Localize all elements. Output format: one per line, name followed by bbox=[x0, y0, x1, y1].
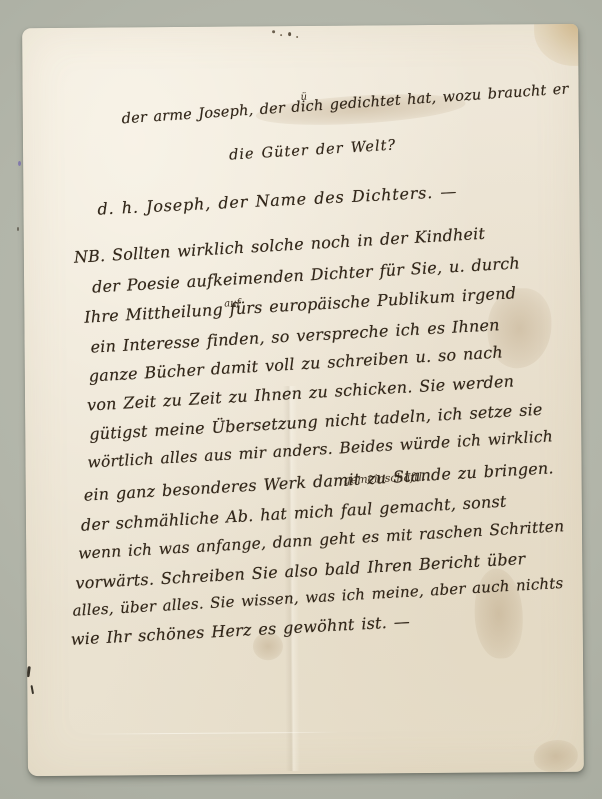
handwritten-line-header: die Güter der Welt? bbox=[229, 138, 397, 164]
top-edge-speck bbox=[296, 36, 298, 38]
surface-scratch bbox=[86, 732, 341, 735]
mat-speck-dark bbox=[17, 227, 19, 231]
top-edge-speck bbox=[280, 34, 282, 36]
manuscript-page: der arme Joseph, der dich gedichtet hat,… bbox=[22, 24, 584, 776]
photograph-background: der arme Joseph, der dich gedichtet hat,… bbox=[0, 0, 602, 799]
handwritten-line-title: d. h. Joseph, der Name des Dichters. — bbox=[97, 182, 458, 219]
handwritten-line-header: der arme Joseph, der dich gedichtet hat,… bbox=[121, 81, 569, 127]
top-edge-speck bbox=[288, 32, 291, 36]
left-edge-ink-mark bbox=[30, 685, 34, 694]
mat-speck-violet bbox=[18, 161, 21, 166]
stain-bottom-right bbox=[534, 740, 578, 772]
corner-discoloration bbox=[534, 24, 584, 66]
top-edge-speck bbox=[272, 30, 275, 33]
handwritten-line: wie Ihr schönes Herz es gewöhnt ist. — bbox=[70, 612, 410, 649]
insertion-mark: ü bbox=[300, 92, 307, 103]
left-edge-ink-mark bbox=[26, 666, 30, 677]
